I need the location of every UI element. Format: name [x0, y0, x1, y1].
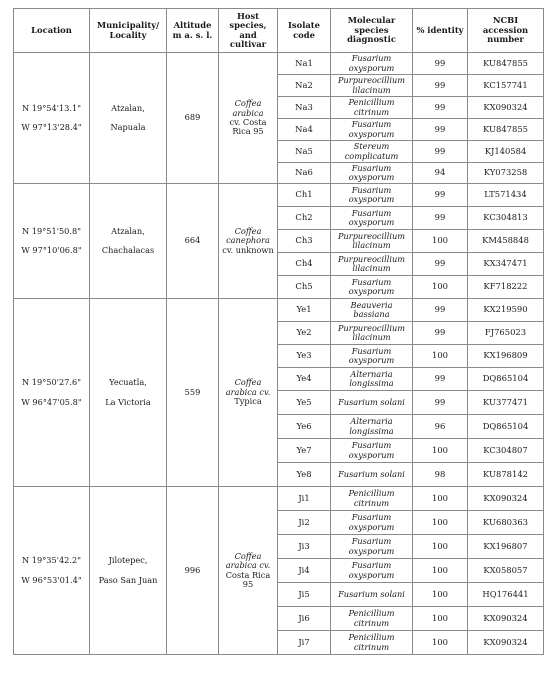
identity-percent: 100 — [413, 487, 468, 511]
host-cell: Coffea arabica cv.Costa Rica 95 — [219, 487, 278, 655]
species-name: Fusarium oxysporum — [331, 439, 413, 463]
species-name: Fusarium solani — [331, 463, 413, 487]
identity-percent: 100 — [413, 631, 468, 655]
host-cell: Coffea arabica cv.Typica — [219, 299, 278, 487]
isolate-code: Ye5 — [278, 391, 331, 415]
isolate-code: Ji6 — [278, 607, 331, 631]
isolate-code: Ch2 — [278, 207, 331, 230]
municipality: Atzalan, — [92, 104, 164, 114]
isolates-table: Location Municipality/ Locality Altitude… — [13, 8, 544, 655]
latitude: N 19°51'50.8" — [16, 227, 87, 237]
municipality-cell: Yecuatla,La Victoria — [90, 299, 167, 487]
location-cell: N 19°50'27.6"W 96°47'05.8" — [14, 299, 90, 487]
species-name: Fusarium oxysporum — [331, 53, 413, 75]
accession-number: KY073258 — [468, 163, 544, 184]
identity-percent: 99 — [413, 97, 468, 119]
accession-number: KC304813 — [468, 207, 544, 230]
isolate-code: Ye4 — [278, 368, 331, 391]
species-name: Fusarium oxysporum — [331, 119, 413, 141]
isolate-code: Ji7 — [278, 631, 331, 655]
identity-percent: 99 — [413, 184, 468, 207]
accession-number: KX090324 — [468, 97, 544, 119]
host-species: Coffea arabica cv. — [226, 551, 270, 570]
municipality: Jilotepec, — [92, 556, 164, 566]
isolate-code: Ji1 — [278, 487, 331, 511]
accession-number: DQ865104 — [468, 415, 544, 439]
isolate-code: Na3 — [278, 97, 331, 119]
identity-percent: 100 — [413, 607, 468, 631]
identity-percent: 99 — [413, 207, 468, 230]
accession-number: KX196807 — [468, 535, 544, 559]
location-cell: N 19°51'50.8"W 97°10'06.8" — [14, 184, 90, 299]
identity-percent: 99 — [413, 322, 468, 345]
accession-number: KU878142 — [468, 463, 544, 487]
accession-number: KC304807 — [468, 439, 544, 463]
accession-number: KX347471 — [468, 253, 544, 276]
species-name: Fusarium solani — [331, 391, 413, 415]
identity-percent: 99 — [413, 53, 468, 75]
location-cell: N 19°54'13.1"W 97°13'28.4" — [14, 53, 90, 184]
altitude-cell: 689 — [167, 53, 219, 184]
header-species: Molecular species diagnostic — [331, 9, 413, 53]
identity-percent: 100 — [413, 559, 468, 583]
host-cell: Coffea canephoracv. unknown — [219, 184, 278, 299]
species-name: Fusarium oxysporum — [331, 276, 413, 299]
species-name: Beauveria bassiana — [331, 299, 413, 322]
accession-number: KM458848 — [468, 230, 544, 253]
latitude: N 19°50'27.6" — [16, 378, 87, 388]
isolate-code: Ji4 — [278, 559, 331, 583]
isolate-code: Ch3 — [278, 230, 331, 253]
identity-percent: 99 — [413, 119, 468, 141]
identity-percent: 96 — [413, 415, 468, 439]
isolate-code: Ch4 — [278, 253, 331, 276]
identity-percent: 100 — [413, 345, 468, 368]
longitude: W 96°47'05.8" — [16, 398, 87, 408]
accession-number: FJ765023 — [468, 322, 544, 345]
species-name: Fusarium oxysporum — [331, 345, 413, 368]
table-row: N 19°50'27.6"W 96°47'05.8"Yecuatla,La Vi… — [14, 299, 544, 322]
header-isolate-code: Isolate code — [278, 9, 331, 53]
accession-number: KX090324 — [468, 607, 544, 631]
header-accession: NCBI accession number — [468, 9, 544, 53]
isolate-code: Ji5 — [278, 583, 331, 607]
host-cultivar: Costa Rica 95 — [226, 570, 270, 589]
species-name: Fusarium oxysporum — [331, 559, 413, 583]
header-identity: % identity — [413, 9, 468, 53]
longitude: W 96°53'01.4" — [16, 576, 87, 586]
accession-number: KX196809 — [468, 345, 544, 368]
isolate-code: Ye3 — [278, 345, 331, 368]
accession-number: HQ176441 — [468, 583, 544, 607]
altitude-cell: 559 — [167, 299, 219, 487]
species-name: Stereum complicatum — [331, 141, 413, 163]
municipality-cell: Atzalan,Napuala — [90, 53, 167, 184]
accession-number: KJ140584 — [468, 141, 544, 163]
table-body: N 19°54'13.1"W 97°13'28.4"Atzalan,Napual… — [14, 53, 544, 655]
table-row: N 19°54'13.1"W 97°13'28.4"Atzalan,Napual… — [14, 53, 544, 75]
latitude: N 19°35'42.2" — [16, 556, 87, 566]
species-name: Purpureocillium lilacinum — [331, 253, 413, 276]
identity-percent: 99 — [413, 391, 468, 415]
accession-number: KU377471 — [468, 391, 544, 415]
locality: La Victoria — [92, 398, 164, 408]
species-name: Fusarium oxysporum — [331, 163, 413, 184]
header-location: Location — [14, 9, 90, 53]
identity-percent: 98 — [413, 463, 468, 487]
altitude-cell: 664 — [167, 184, 219, 299]
identity-percent: 100 — [413, 511, 468, 535]
header-host: Host species, and cultivar — [219, 9, 278, 53]
accession-number: KX090324 — [468, 487, 544, 511]
isolate-code: Ji3 — [278, 535, 331, 559]
identity-percent: 100 — [413, 230, 468, 253]
host-species: Coffea arabica — [232, 98, 263, 117]
isolate-code: Na5 — [278, 141, 331, 163]
isolate-code: Na4 — [278, 119, 331, 141]
identity-percent: 94 — [413, 163, 468, 184]
location-cell: N 19°35'42.2"W 96°53'01.4" — [14, 487, 90, 655]
host-cell: Coffea arabicacv. Costa Rica 95 — [219, 53, 278, 184]
host-cultivar: Typica — [234, 396, 261, 406]
accession-number: KF718222 — [468, 276, 544, 299]
municipality-cell: Jilotepec,Paso San Juan — [90, 487, 167, 655]
header-row: Location Municipality/ Locality Altitude… — [14, 9, 544, 53]
isolate-code: Ye6 — [278, 415, 331, 439]
isolate-code: Ch5 — [278, 276, 331, 299]
isolate-code: Ye7 — [278, 439, 331, 463]
host-cultivar: cv. unknown — [222, 245, 273, 255]
locality: Paso San Juan — [92, 576, 164, 586]
species-name: Fusarium oxysporum — [331, 207, 413, 230]
species-name: Purpureocillium lilacinum — [331, 230, 413, 253]
identity-percent: 100 — [413, 535, 468, 559]
isolate-code: Ye2 — [278, 322, 331, 345]
accession-number: KC157741 — [468, 75, 544, 97]
identity-percent: 100 — [413, 583, 468, 607]
host-species: Coffea arabica cv. — [226, 377, 270, 396]
isolate-code: Na1 — [278, 53, 331, 75]
municipality: Yecuatla, — [92, 378, 164, 388]
identity-percent: 99 — [413, 368, 468, 391]
municipality-cell: Atzalan,Chachalacas — [90, 184, 167, 299]
accession-number: KU847855 — [468, 119, 544, 141]
latitude: N 19°54'13.1" — [16, 104, 87, 114]
accession-number: KX090324 — [468, 631, 544, 655]
species-name: Alternaria longissima — [331, 368, 413, 391]
longitude: W 97°13'28.4" — [16, 123, 87, 133]
accession-number: KX219590 — [468, 299, 544, 322]
species-name: Penicillium citrinum — [331, 487, 413, 511]
table-row: N 19°51'50.8"W 97°10'06.8"Atzalan,Chacha… — [14, 184, 544, 207]
identity-percent: 99 — [413, 141, 468, 163]
species-name: Fusarium oxysporum — [331, 184, 413, 207]
species-name: Alternaria longissima — [331, 415, 413, 439]
species-name: Penicillium citrinum — [331, 631, 413, 655]
isolate-code: Na2 — [278, 75, 331, 97]
accession-number: DQ865104 — [468, 368, 544, 391]
accession-number: LT571434 — [468, 184, 544, 207]
species-name: Penicillium citrinum — [331, 97, 413, 119]
identity-percent: 100 — [413, 276, 468, 299]
species-name: Penicillium citrinum — [331, 607, 413, 631]
table-row: N 19°35'42.2"W 96°53'01.4"Jilotepec,Paso… — [14, 487, 544, 511]
longitude: W 97°10'06.8" — [16, 246, 87, 256]
accession-number: KU847855 — [468, 53, 544, 75]
header-municipality: Municipality/ Locality — [90, 9, 167, 53]
isolate-code: Ji2 — [278, 511, 331, 535]
species-name: Fusarium oxysporum — [331, 535, 413, 559]
accession-number: KX058057 — [468, 559, 544, 583]
identity-percent: 99 — [413, 75, 468, 97]
species-name: Purpureocillium lilacinum — [331, 322, 413, 345]
host-cultivar: cv. Costa Rica 95 — [229, 117, 266, 136]
header-altitude: Altitude m a. s. l. — [167, 9, 219, 53]
isolate-code: Na6 — [278, 163, 331, 184]
identity-percent: 99 — [413, 299, 468, 322]
accession-number: KU680363 — [468, 511, 544, 535]
altitude-cell: 996 — [167, 487, 219, 655]
identity-percent: 100 — [413, 439, 468, 463]
municipality: Atzalan, — [92, 227, 164, 237]
species-name: Purpureocillium lilacinum — [331, 75, 413, 97]
locality: Chachalacas — [92, 246, 164, 256]
isolate-code: Ye8 — [278, 463, 331, 487]
isolate-code: Ch1 — [278, 184, 331, 207]
species-name: Fusarium solani — [331, 583, 413, 607]
identity-percent: 99 — [413, 253, 468, 276]
host-species: Coffea canephora — [226, 226, 270, 245]
isolate-code: Ye1 — [278, 299, 331, 322]
locality: Napuala — [92, 123, 164, 133]
species-name: Fusarium oxysporum — [331, 511, 413, 535]
